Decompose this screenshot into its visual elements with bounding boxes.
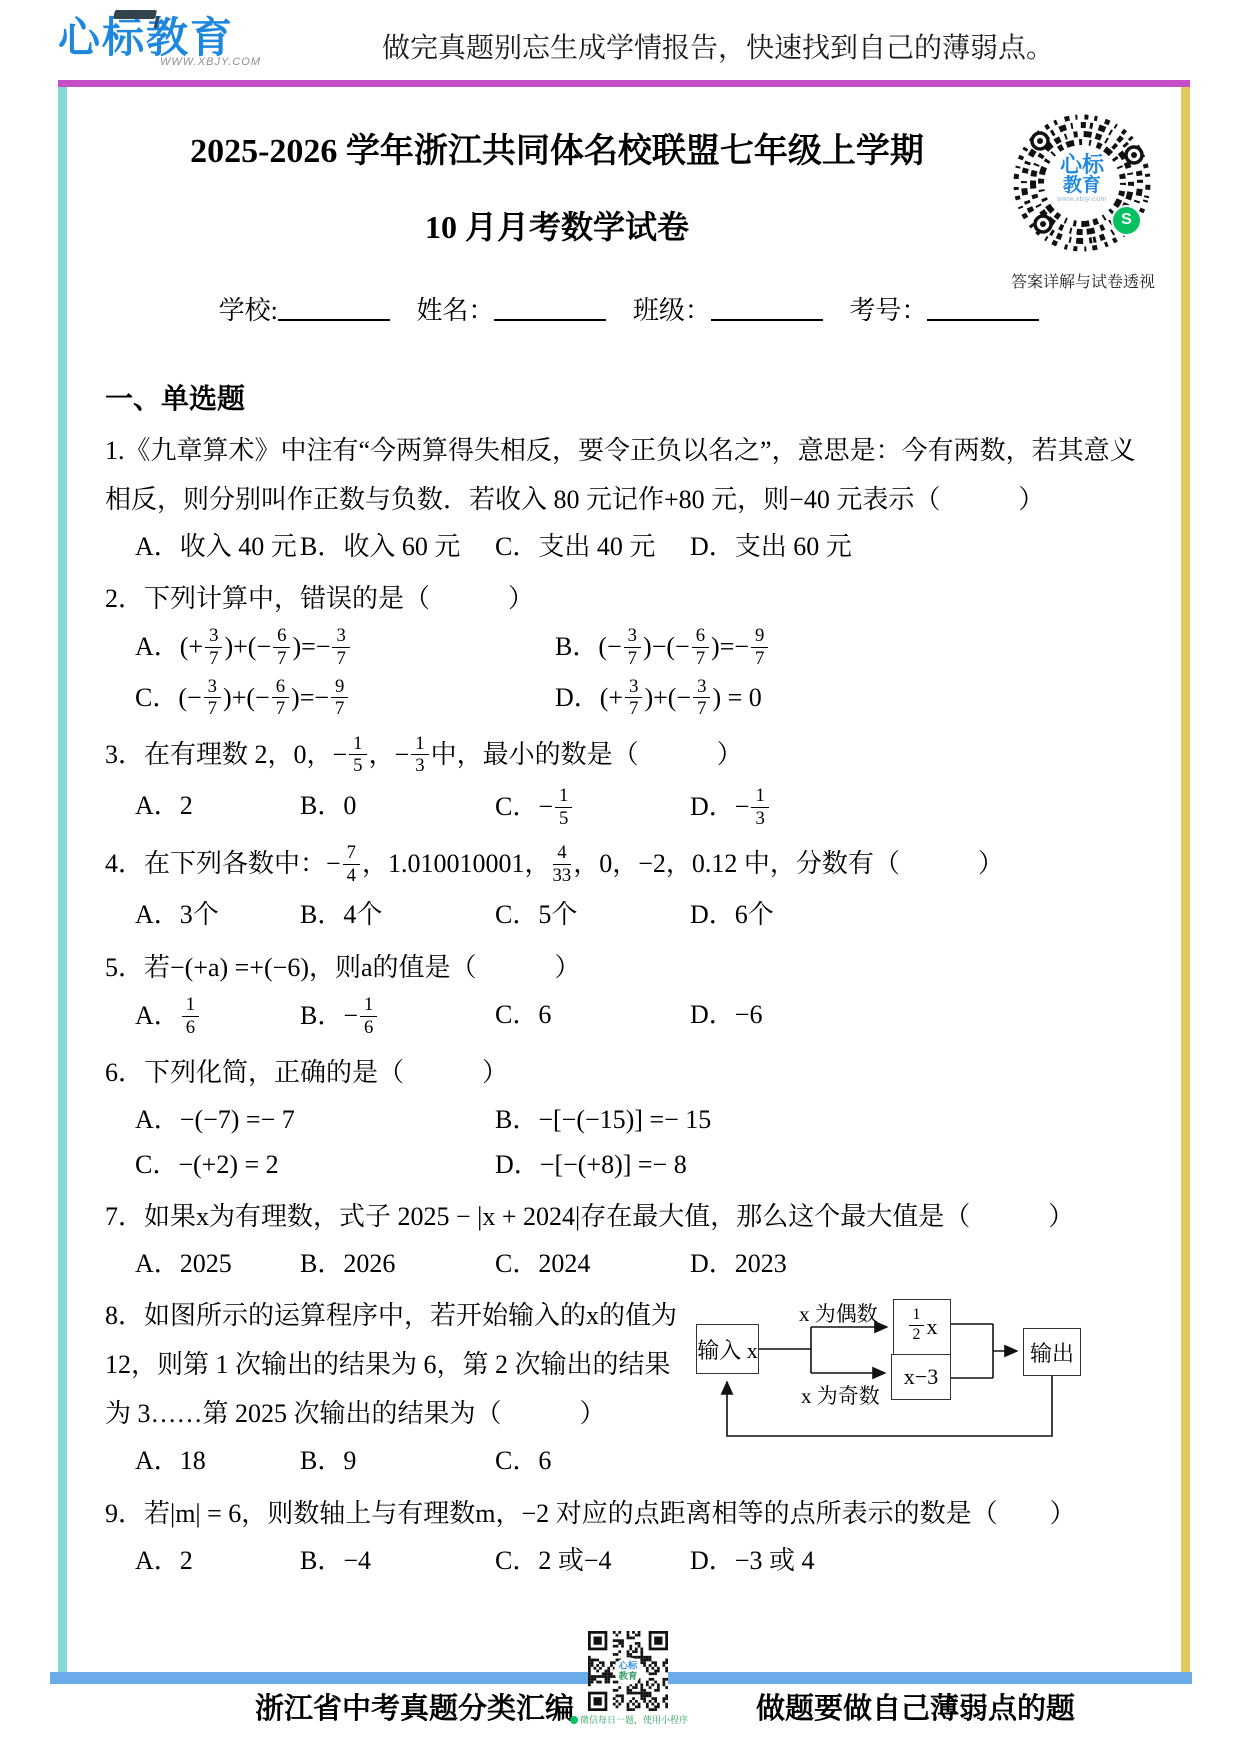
option: C．支出 40 元 (495, 529, 690, 565)
option: B．−4 (300, 1543, 495, 1579)
option: C．2024 (495, 1246, 690, 1282)
question-8-text: 12，则第 1 次输出的结果为 6，第 2 次输出的结果 (105, 1345, 690, 1384)
question-4: 4．在下列各数中：−74，1.010010001，433，0，−2，0.12 中… (105, 844, 1153, 934)
question-6-text: 6．下列化简，正确的是（ ） (105, 1053, 1153, 1092)
option: D．−6 (690, 997, 1153, 1039)
option: B．−16 (300, 997, 495, 1039)
section-heading: 一、单选题 (105, 377, 1153, 417)
footer-qr-caption-text: 微信每日一题，使用小程序 (580, 1715, 688, 1725)
option: A．18 (135, 1443, 300, 1479)
question-5-text: 5．若−(+a) =+(−6)，则a的值是（ ） (105, 948, 1153, 987)
option: B．2026 (300, 1246, 495, 1282)
question-3-options: A．2 B．0 C．−15 D．−13 (105, 788, 1153, 830)
qr-center-logo: 心标 教育 www.xbjy.com (1046, 153, 1118, 203)
option: C．6 (495, 997, 690, 1039)
option: C．−(+2) = 2 (135, 1147, 495, 1183)
footer-qr-logo-line1: 心标 (618, 1660, 638, 1672)
exam-no-label: 考号： (849, 296, 927, 325)
qr-caption: 答案详解与试卷透视 (995, 269, 1171, 292)
question-9: 9．若|m| = 6，则数轴上与有理数m，−2 对应的点距离相等的点所表示的数是… (105, 1494, 1153, 1579)
brand-logo-url: WWW.XBJY.COM (160, 56, 261, 68)
diagram-even-label: x 为偶数 (799, 1298, 878, 1328)
option: B．收入 60 元 (300, 529, 495, 565)
site-header: 心标教育 WWW.XBJY.COM 做完真题别忘生成学情报告，快速找到自己的薄弱… (0, 0, 1240, 80)
question-7-options: A．2025 B．2026 C．2024 D．2023 (105, 1246, 1153, 1282)
option: B．9 (300, 1443, 495, 1479)
option: D．−[−(+8)] =− 8 (495, 1147, 1153, 1183)
school-blank-field (278, 293, 390, 321)
footer-qr-code: 心标 教育 (588, 1631, 668, 1711)
diagram-odd-label: x 为奇数 (801, 1380, 880, 1410)
exam-no-blank-field (927, 293, 1039, 321)
option: D．支出 60 元 (690, 529, 1153, 565)
exam-paper-page: 心标教育 WWW.XBJY.COM 做完真题别忘生成学情报告，快速找到自己的薄弱… (0, 0, 1240, 1754)
question-5-options: A．16 B．−16 C．6 D．−6 (105, 997, 1153, 1039)
question-8-text: 8．如图所示的运算程序中，若开始输入的x的值为 (105, 1296, 690, 1335)
question-3: 3．在有理数 2，0，−15，−13中，最小的数是（ ） A．2 B．0 C．−… (105, 735, 1153, 830)
option: C．5个 (495, 897, 690, 933)
question-4-text: 4．在下列各数中：−74，1.010010001，433，0，−2，0.12 中… (105, 844, 1153, 887)
diagram-output-box: 输出 (1023, 1328, 1081, 1376)
qr-logo-line2: 教育 (1046, 176, 1118, 196)
option: D．−13 (690, 788, 1153, 830)
option: B．(−37)−(−67)=−97 (555, 628, 1153, 670)
question-1-options: A．收入 40 元 B．收入 60 元 C．支出 40 元 D．支出 60 元 (105, 529, 1153, 565)
question-6: 6．下列化简，正确的是（ ） A．−(−7) =− 7 B．−[−(−15)] … (105, 1053, 1153, 1183)
brand-logo: 心标教育 WWW.XBJY.COM (58, 8, 288, 72)
question-9-options: A．2 B．−4 C．2 或−4 D．−3 或 4 (105, 1543, 1153, 1579)
option: D．2023 (690, 1246, 1153, 1282)
diagram-minus3-box: x−3 (891, 1354, 951, 1400)
graduation-cap-icon (113, 10, 157, 19)
option: D．−3 或 4 (690, 1543, 1153, 1579)
class-blank-field (711, 293, 823, 321)
footer-qr-caption: 微信每日一题，使用小程序 (570, 1713, 688, 1726)
wechat-dot-icon (570, 1716, 578, 1724)
question-1: 1.《九章算术》中注有“今两算得失相反，要令正负以名之”，意思是：今有两数，若其… (105, 431, 1153, 565)
wechat-miniprogram-icon: S (1111, 205, 1142, 236)
question-8: 8．如图所示的运算程序中，若开始输入的x的值为 12，则第 1 次输出的结果为 … (105, 1296, 1153, 1479)
top-divider-rule (58, 80, 1190, 87)
option: A．2 (135, 1543, 300, 1579)
question-6-options: A．−(−7) =− 7 B．−[−(−15)] =− 15 C．−(+2) =… (105, 1102, 1153, 1183)
option: A．3个 (135, 897, 300, 933)
question-5: 5．若−(+a) =+(−6)，则a的值是（ ） A．16 B．−16 C．6 … (105, 948, 1153, 1039)
option: C．−15 (495, 788, 690, 830)
footer-qr-svg: 心标 教育 (588, 1631, 668, 1711)
question-2-text: 2．下列计算中，错误的是（ ） (105, 579, 1153, 618)
footer-qr-logo-line2: 教育 (618, 1670, 638, 1682)
diagram-half-box: 12 x (893, 1299, 951, 1355)
question-3-text: 3．在有理数 2，0，−15，−13中，最小的数是（ ） (105, 735, 1153, 778)
answer-qr-block: 心标 教育 www.xbjy.com S 答案详解与试卷透视 (1007, 111, 1157, 297)
footer-left-text: 浙江省中考真题分类汇编 (255, 1686, 574, 1727)
option: A．2 (135, 788, 300, 830)
option: B．4个 (300, 897, 495, 933)
q8-flow-diagram: 输入 x x 为偶数 x 为奇数 12 x x−3 输出 (641, 1296, 1091, 1454)
question-7: 7．如果x为有理数，式子 2025 − |x + 2024|存在最大值，那么这个… (105, 1197, 1153, 1282)
option: C．(−37)+(−67)=−97 (135, 679, 555, 721)
question-1-text: 相反，则分别叫作正数与负数．若收入 80 元记作+80 元，则−40 元表示（ … (105, 480, 1153, 519)
school-label: 学校: (219, 296, 278, 325)
question-2: 2．下列计算中，错误的是（ ） A．(+37)+(−67)=−37 B．(−37… (105, 579, 1153, 721)
name-blank-field (494, 293, 606, 321)
option: D．6个 (690, 897, 1153, 933)
paper-title-line1: 2025-2026 学年浙江共同体名校联盟七年级上学期 (105, 131, 1009, 174)
question-7-text: 7．如果x为有理数，式子 2025 − |x + 2024|存在最大值，那么这个… (105, 1197, 1153, 1236)
question-2-options: A．(+37)+(−67)=−37 B．(−37)−(−67)=−97 C．(−… (105, 628, 1153, 721)
option: C．2 或−4 (495, 1543, 690, 1579)
brand-logo-text: 心标教育 (58, 14, 234, 61)
option: A．收入 40 元 (135, 529, 300, 565)
question-8-text: 为 3……第 2025 次输出的结果为（ ） (105, 1394, 690, 1433)
question-4-options: A．3个 B．4个 C．5个 D．6个 (105, 897, 1153, 933)
option: A．2025 (135, 1246, 300, 1282)
diagram-input-box: 输入 x (696, 1324, 759, 1374)
option: A．16 (135, 997, 300, 1039)
footer-right-text: 做题要做自己薄弱点的题 (756, 1686, 1075, 1727)
option: B．0 (300, 788, 495, 830)
name-label: 姓名： (416, 296, 494, 325)
paper-frame: 2025-2026 学年浙江共同体名校联盟七年级上学期 10 月月考数学试卷 (58, 87, 1190, 1672)
question-1-text: 1.《九章算术》中注有“今两算得失相反，要令正负以名之”，意思是：今有两数，若其… (105, 431, 1153, 470)
header-slogan: 做完真题别忘生成学情报告，快速找到自己的薄弱点。 (382, 26, 1054, 66)
option: B．−[−(−15)] =− 15 (495, 1102, 1153, 1138)
qr-logo-line1: 心标 (1046, 153, 1118, 176)
option: D．(+37)+(−37) = 0 (555, 679, 1153, 721)
student-info-line: 学校: 姓名： 班级： 考号： (105, 290, 1153, 327)
class-label: 班级： (633, 296, 711, 325)
qr-logo-url: www.xbjy.com (1046, 196, 1118, 203)
paper-title-line2: 10 月月考数学试卷 (105, 208, 1009, 246)
option: A．−(−7) =− 7 (135, 1102, 495, 1138)
option: A．(+37)+(−67)=−37 (135, 628, 555, 670)
question-9-text: 9．若|m| = 6，则数轴上与有理数m，−2 对应的点距离相等的点所表示的数是… (105, 1494, 1153, 1533)
